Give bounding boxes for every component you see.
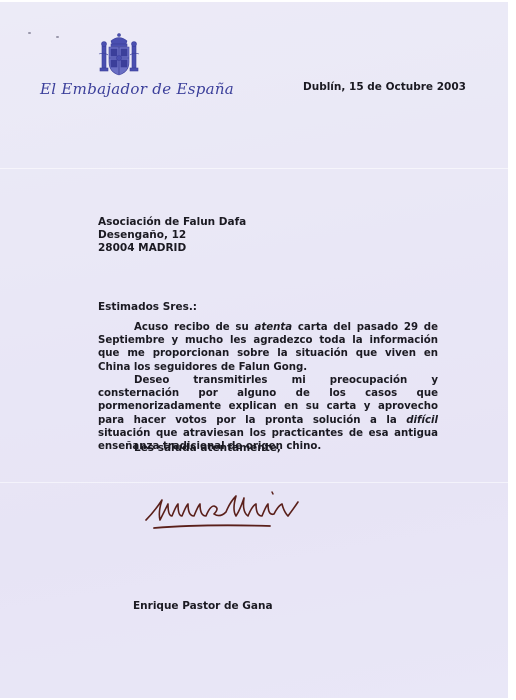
paper-fold-line bbox=[0, 482, 508, 483]
paper-fold-line bbox=[0, 168, 508, 169]
signer-name: Enrique Pastor de Gana bbox=[133, 600, 273, 612]
paper-mark bbox=[28, 32, 31, 34]
recipient-street: Desengaño, 12 bbox=[98, 229, 246, 242]
paragraph-text: Acuso recibo de su bbox=[134, 322, 254, 333]
letterhead-title: El Embajador de España bbox=[40, 80, 234, 98]
letter-page: El Embajador de España Dublín, 15 de Oct… bbox=[0, 2, 508, 698]
italic-text: difícil bbox=[406, 415, 438, 426]
letter-date: Dublín, 15 de Octubre 2003 bbox=[303, 81, 466, 93]
paper-mark bbox=[56, 36, 59, 38]
recipient-name: Asociación de Falun Dafa bbox=[98, 216, 246, 229]
spanish-coat-of-arms-icon bbox=[96, 32, 142, 78]
italic-text: atenta bbox=[254, 322, 292, 333]
handwritten-signature-icon bbox=[144, 490, 324, 532]
recipient-address: Asociación de Falun Dafa Desengaño, 12 2… bbox=[98, 216, 246, 255]
salutation: Estimados Sres.: bbox=[98, 301, 197, 313]
recipient-city: 28004 MADRID bbox=[98, 242, 246, 255]
closing-line: Les saluda atentamente, bbox=[134, 442, 281, 454]
body-paragraph-1: Acuso recibo de su atenta carta del pasa… bbox=[98, 321, 438, 374]
paragraph-text: Deseo transmitirles mi preocupación y co… bbox=[98, 375, 438, 426]
